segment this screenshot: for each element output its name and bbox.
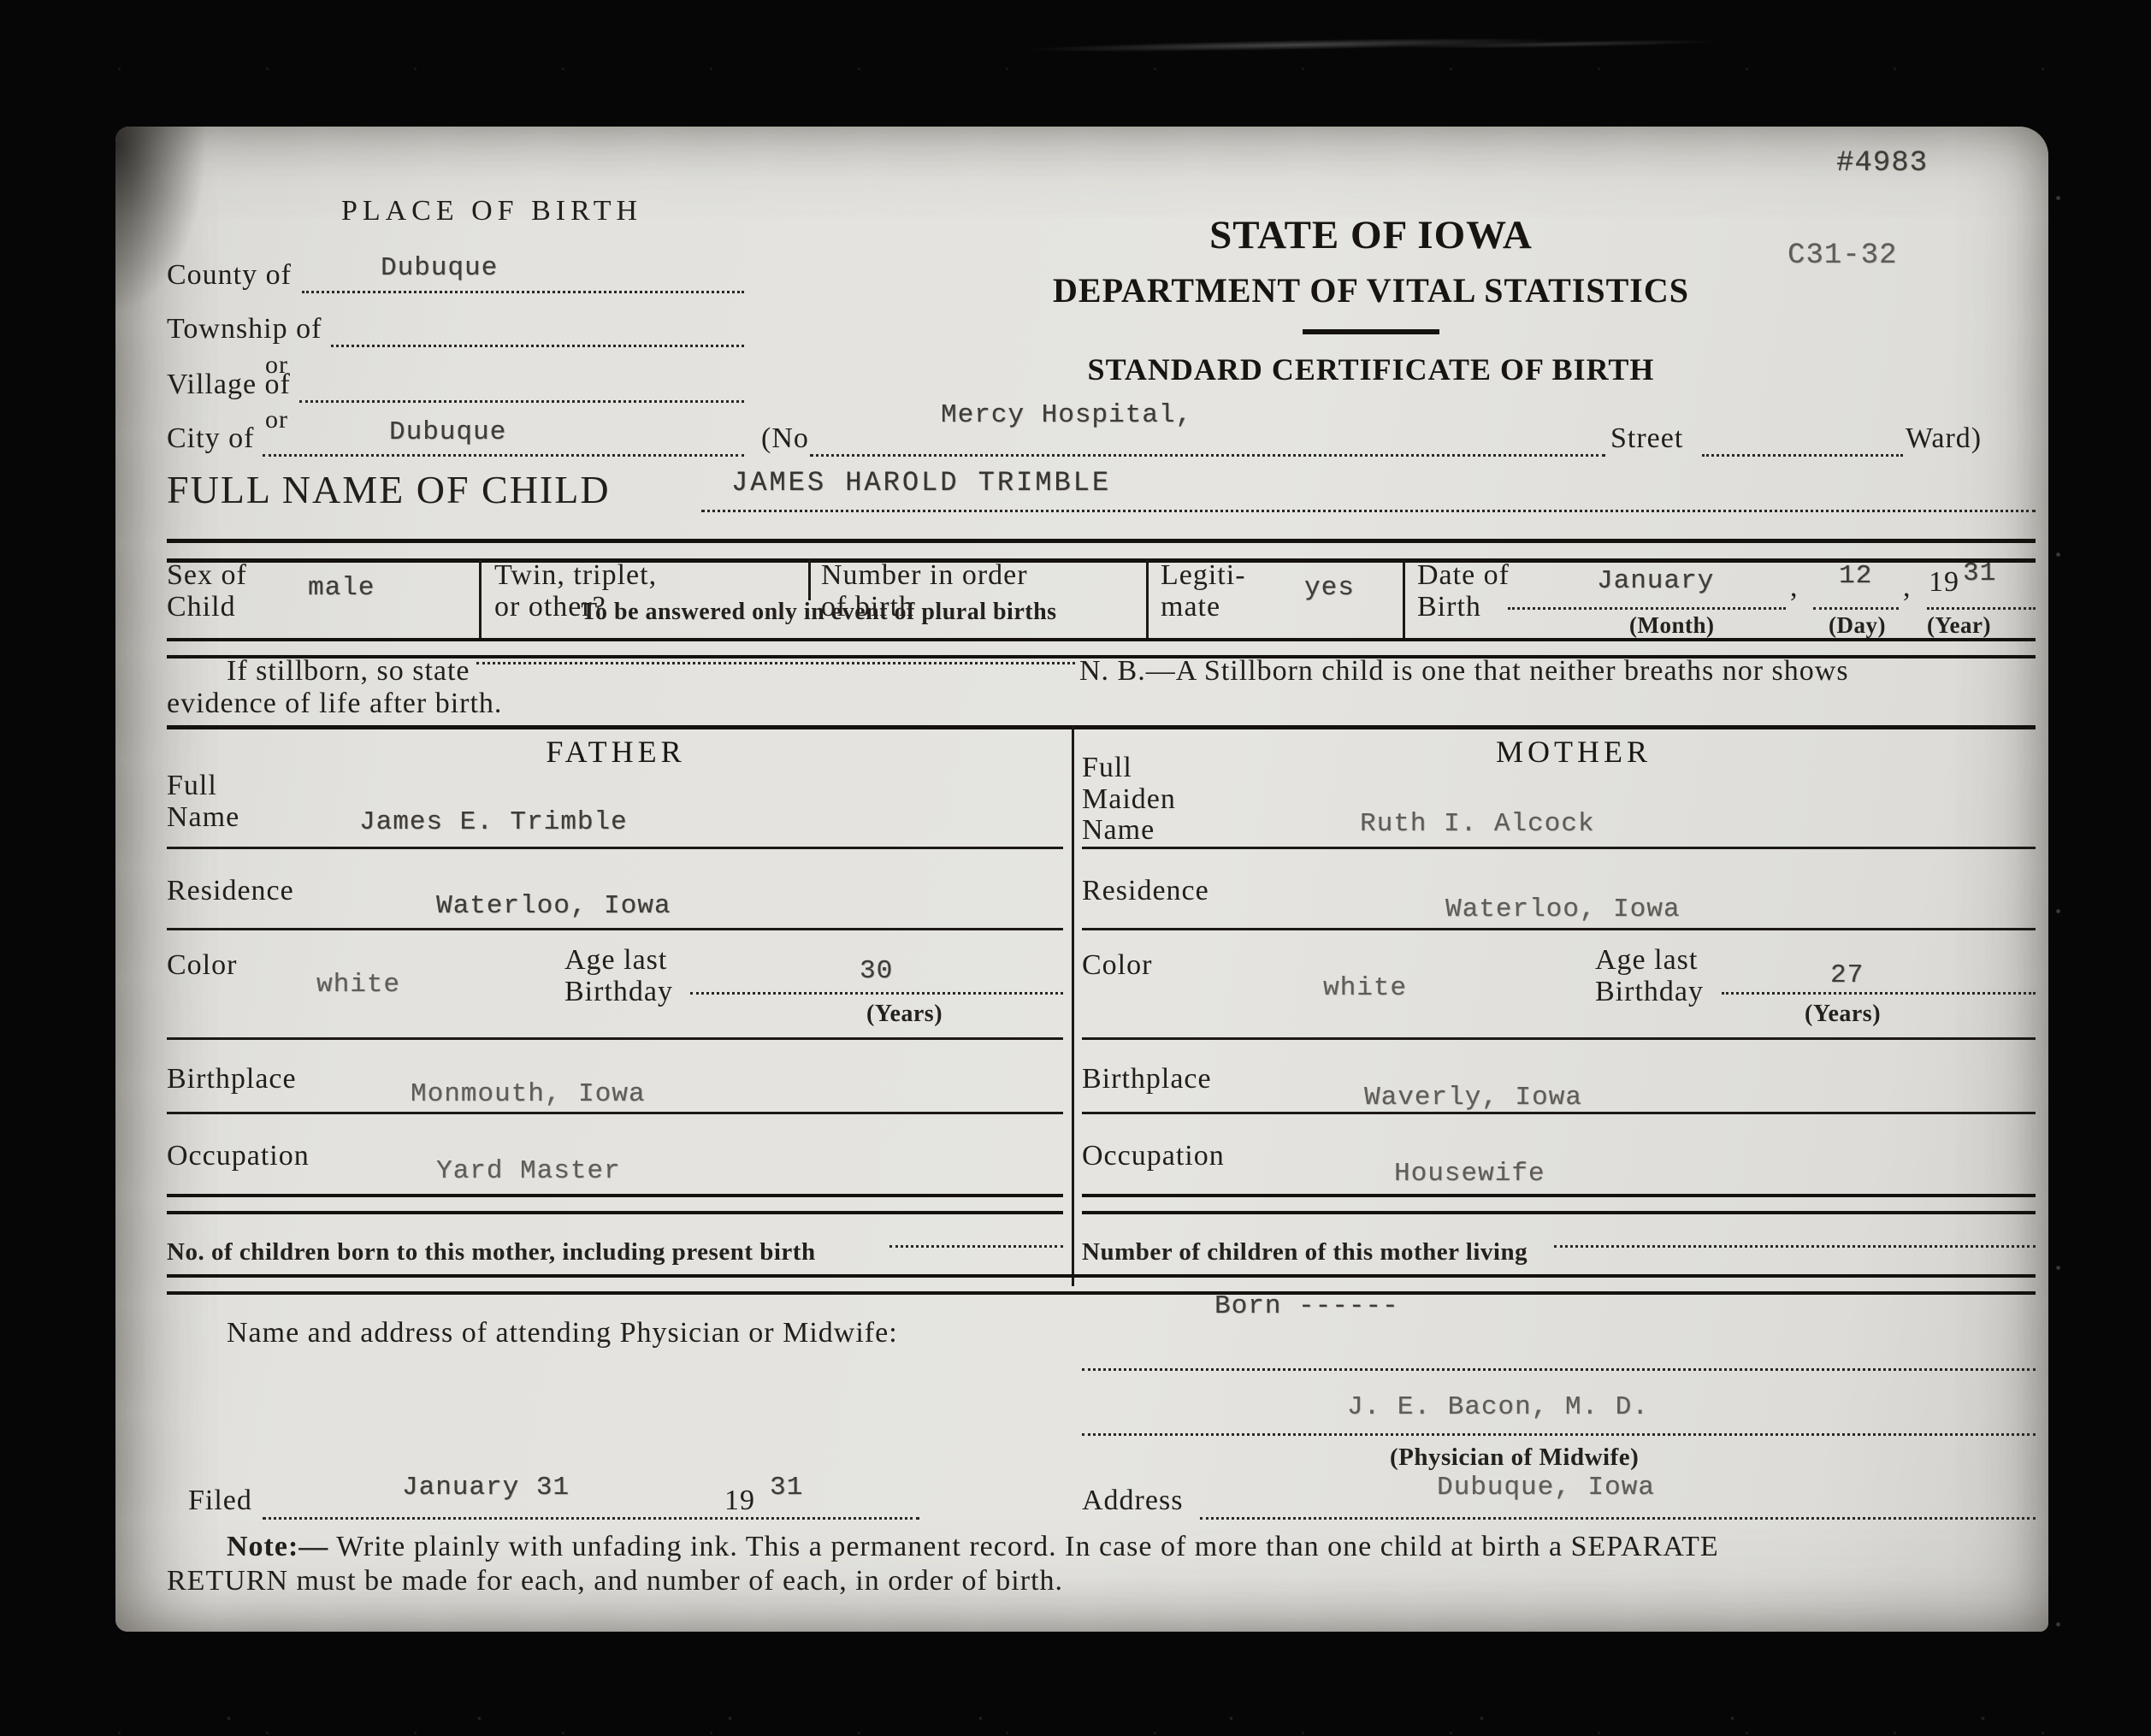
city-label: City of bbox=[167, 422, 254, 454]
double-rule-3 bbox=[167, 1274, 2036, 1295]
father-birthplace-value: Monmouth, Iowa bbox=[411, 1079, 645, 1109]
father-birthplace-rule bbox=[167, 1112, 1063, 1114]
filed-label: Filed bbox=[188, 1485, 252, 1516]
dob-comma-2: , bbox=[1903, 571, 1912, 603]
township-line bbox=[331, 319, 744, 347]
scanned-birth-certificate: #4983 C31-32 PLACE OF BIRTH STATE OF IOW… bbox=[0, 0, 2151, 1736]
hospital-value: Mercy Hospital, bbox=[941, 400, 1192, 430]
sex-value: male bbox=[308, 573, 375, 603]
mother-occupation-value: Housewife bbox=[1394, 1159, 1545, 1189]
note-label: Note:— bbox=[227, 1531, 328, 1562]
filed-line bbox=[263, 1491, 919, 1520]
mother-color-rule bbox=[1082, 1037, 2036, 1040]
double-rule-top bbox=[167, 539, 2036, 563]
year-caption: (Year) bbox=[1927, 612, 1991, 639]
cell-divider-4 bbox=[1403, 559, 1405, 638]
mother-age-value: 27 bbox=[1830, 960, 1864, 990]
father-color-label: Color bbox=[167, 949, 237, 981]
filed-year-prefix: 19 bbox=[724, 1485, 755, 1516]
mother-age-line bbox=[1722, 966, 2036, 995]
place-of-birth-title: PLACE OF BIRTH bbox=[312, 195, 671, 227]
ward-label: Ward) bbox=[1906, 422, 1982, 454]
day-caption: (Day) bbox=[1829, 612, 1886, 639]
father-name-value: James E. Trimble bbox=[359, 807, 628, 837]
plural-births-caption: To be answered only in event of plural b… bbox=[492, 599, 1146, 626]
father-age-value: 30 bbox=[860, 956, 893, 986]
village-line bbox=[299, 375, 744, 403]
mother-residence-rule bbox=[1082, 928, 2036, 930]
city-value: Dubuque bbox=[389, 417, 506, 447]
county-value: Dubuque bbox=[381, 253, 498, 283]
certificate-paper: #4983 C31-32 PLACE OF BIRTH STATE OF IOW… bbox=[115, 127, 2048, 1632]
street-label: Street bbox=[1610, 422, 1683, 454]
mother-color-label: Color bbox=[1082, 949, 1152, 981]
dob-day-value: 12 bbox=[1839, 561, 1872, 591]
mother-age-label: Age last Birthday bbox=[1595, 944, 1704, 1008]
stillborn-note-line1: N. B.—A Stillborn child is one that neit… bbox=[1079, 655, 1849, 687]
father-name-label: Full Name bbox=[167, 770, 239, 834]
legitimate-label: Legiti- mate bbox=[1161, 559, 1246, 623]
father-section-title: FATHER bbox=[445, 735, 787, 770]
stillborn-line bbox=[476, 636, 1075, 664]
born-line bbox=[1082, 1343, 2036, 1371]
children-born-label: No. of children born to this mother, inc… bbox=[167, 1238, 816, 1267]
reference-number: #4983 bbox=[1836, 147, 1928, 180]
father-occupation-label: Occupation bbox=[167, 1140, 310, 1172]
county-label: County of bbox=[167, 259, 292, 291]
children-born-line bbox=[889, 1219, 1063, 1248]
header-block: STATE OF IOWA DEPARTMENT OF VITAL STATIS… bbox=[1012, 212, 1730, 387]
file-code: C31-32 bbox=[1788, 239, 1897, 272]
physician-caption: (Physician of Midwife) bbox=[1390, 1444, 1639, 1472]
father-residence-value: Waterloo, Iowa bbox=[436, 891, 671, 921]
note-line1: Write plainly with unfading ink. This a … bbox=[336, 1531, 1718, 1562]
legitimate-value: yes bbox=[1304, 573, 1355, 603]
certificate-title: STANDARD CERTIFICATE OF BIRTH bbox=[1012, 351, 1730, 387]
parents-column-divider bbox=[1072, 725, 1074, 1286]
village-label: Village of bbox=[167, 369, 291, 400]
department-title: DEPARTMENT OF VITAL STATISTICS bbox=[1012, 270, 1730, 310]
mother-residence-label: Residence bbox=[1082, 875, 1209, 906]
street-ward-line bbox=[1702, 428, 1903, 457]
dob-label: Date of Birth bbox=[1417, 559, 1510, 623]
mother-residence-value: Waterloo, Iowa bbox=[1445, 895, 1680, 924]
father-residence-rule bbox=[167, 928, 1063, 930]
father-birthplace-label: Birthplace bbox=[167, 1063, 297, 1095]
dob-comma-1: , bbox=[1790, 571, 1799, 603]
physician-heading: Name and address of attending Physician … bbox=[227, 1317, 898, 1349]
father-color-rule bbox=[167, 1037, 1063, 1040]
mother-color-value: white bbox=[1323, 973, 1407, 1003]
note-line1-wrap: Note:— Write plainly with unfading ink. … bbox=[227, 1531, 2040, 1562]
cell-divider-1 bbox=[479, 559, 482, 638]
mother-years-caption: (Years) bbox=[1805, 1001, 1881, 1028]
dob-year-suffix: 31 bbox=[1963, 558, 1996, 588]
state-title: STATE OF IOWA bbox=[1012, 212, 1730, 258]
physician-name-line bbox=[1082, 1408, 2036, 1436]
children-living-label: Number of children of this mother living bbox=[1082, 1238, 1528, 1267]
section-rule bbox=[167, 725, 2036, 729]
header-divider bbox=[1303, 329, 1439, 334]
mother-name-label: Full Maiden Name bbox=[1082, 753, 1176, 847]
note-line2: RETURN must be made for each, and number… bbox=[167, 1565, 1063, 1597]
cell-divider-2 bbox=[808, 559, 811, 600]
father-age-label: Age last Birthday bbox=[564, 944, 673, 1008]
mother-occupation-rule bbox=[1082, 1194, 2036, 1214]
father-occupation-value: Yard Master bbox=[436, 1156, 621, 1186]
mother-name-value: Ruth I. Alcock bbox=[1360, 809, 1594, 839]
mother-birthplace-label: Birthplace bbox=[1082, 1063, 1212, 1095]
address-label: Address bbox=[1082, 1485, 1183, 1516]
filed-year-suffix: 31 bbox=[770, 1473, 803, 1503]
father-residence-label: Residence bbox=[167, 875, 294, 906]
hospital-line bbox=[810, 428, 1605, 457]
child-name-value: JAMES HAROLD TRIMBLE bbox=[731, 467, 1111, 499]
father-name-rule bbox=[167, 847, 1063, 849]
father-color-value: white bbox=[316, 970, 400, 1000]
township-label: Township of bbox=[167, 313, 322, 345]
mother-name-rule bbox=[1082, 847, 2036, 849]
born-value: Born ------ bbox=[1214, 1291, 1399, 1321]
stillborn-label: If stillborn, so state bbox=[227, 655, 470, 687]
children-living-line bbox=[1554, 1219, 2036, 1248]
sex-label: Sex of Child bbox=[167, 559, 247, 623]
cell-divider-3 bbox=[1146, 559, 1149, 638]
mother-birthplace-rule bbox=[1082, 1112, 2036, 1114]
father-years-caption: (Years) bbox=[866, 1001, 943, 1028]
mother-section-title: MOTHER bbox=[1403, 735, 1745, 770]
hospital-no-label: (No bbox=[761, 422, 809, 454]
mother-birthplace-value: Waverly, Iowa bbox=[1364, 1083, 1582, 1113]
filed-value: January 31 bbox=[402, 1473, 570, 1503]
dob-year-prefix: 19 bbox=[1929, 566, 1959, 598]
stillborn-note-line2: evidence of life after birth. bbox=[167, 688, 502, 719]
child-name-label: FULL NAME OF CHILD bbox=[167, 469, 611, 512]
father-occupation-rule bbox=[167, 1194, 1063, 1214]
county-line bbox=[302, 265, 744, 293]
scan-noise-scratch bbox=[984, 17, 1754, 70]
month-caption: (Month) bbox=[1629, 612, 1715, 639]
mother-occupation-label: Occupation bbox=[1082, 1140, 1225, 1172]
dob-month-value: January bbox=[1597, 566, 1714, 596]
address-value: Dubuque, Iowa bbox=[1437, 1473, 1655, 1503]
